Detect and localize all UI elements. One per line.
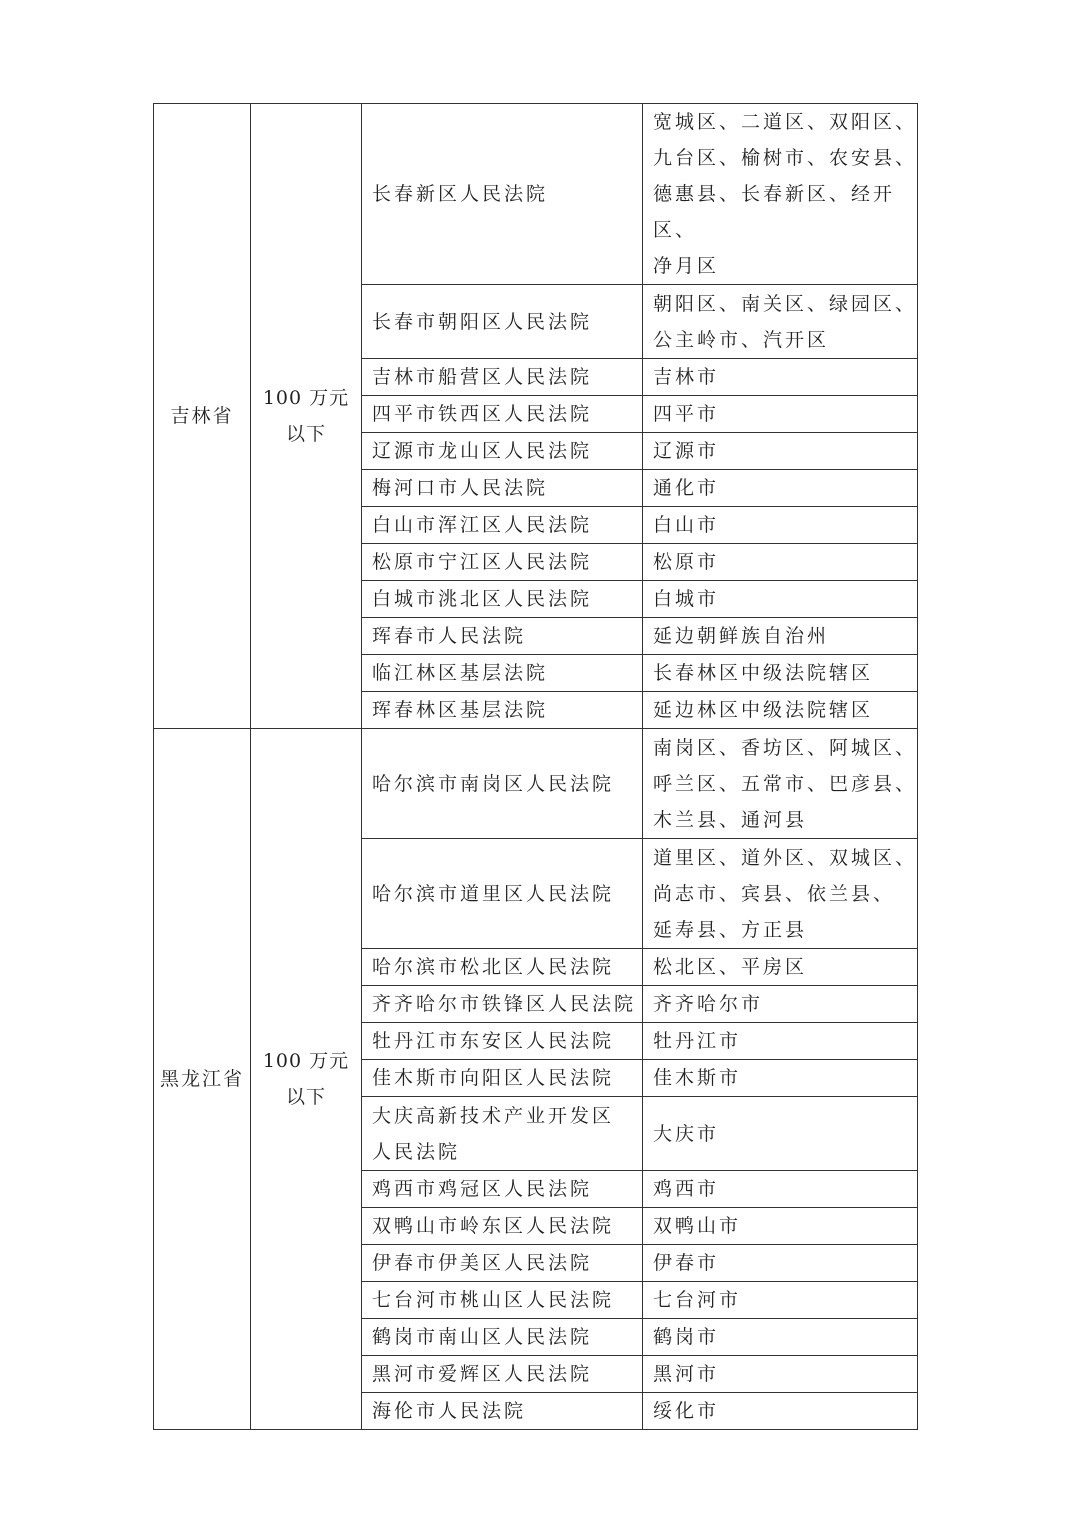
jurisdiction-area-cell: 辽源市 [643, 433, 918, 470]
court-name-cell: 齐齐哈尔市铁锋区人民法院 [362, 986, 643, 1023]
court-name-cell: 珲春市人民法院 [362, 618, 643, 655]
area-line: 净月区 [653, 248, 917, 284]
jurisdiction-area-cell: 牡丹江市 [643, 1023, 918, 1060]
jurisdiction-area-cell: 道里区、道外区、双城区、尚志市、宾县、依兰县、延寿县、方正县 [643, 839, 918, 949]
court-name-cell: 珲春林区基层法院 [362, 692, 643, 729]
court-name-cell: 梅河口市人民法院 [362, 470, 643, 507]
area-line: 朝阳区、南关区、绿园区、 [653, 286, 917, 322]
area-line: 延寿县、方正县 [653, 912, 917, 948]
area-line: 双鸭山市 [653, 1208, 917, 1244]
court-name-cell: 大庆高新技术产业开发区人民法院 [362, 1097, 643, 1171]
court-name-cell: 哈尔滨市南岗区人民法院 [362, 729, 643, 839]
area-line: 道里区、道外区、双城区、 [653, 840, 917, 876]
area-line: 呼兰区、五常市、巴彦县、 [653, 766, 917, 802]
court-name-cell: 伊春市伊美区人民法院 [362, 1245, 643, 1282]
jurisdiction-area-cell: 黑河市 [643, 1356, 918, 1393]
area-line: 九台区、榆树市、农安县、 [653, 140, 917, 176]
court-name-cell: 长春新区人民法院 [362, 104, 643, 285]
court-name-cell: 牡丹江市东安区人民法院 [362, 1023, 643, 1060]
jurisdiction-area-cell: 鹤岗市 [643, 1319, 918, 1356]
area-line: 鸡西市 [653, 1171, 917, 1207]
area-line: 南岗区、香坊区、阿城区、 [653, 730, 917, 766]
amount-line: 100 万元 [251, 380, 361, 416]
court-name-cell: 鹤岗市南山区人民法院 [362, 1319, 643, 1356]
table-row: 黑龙江省100 万元以下哈尔滨市南岗区人民法院南岗区、香坊区、阿城区、呼兰区、五… [154, 729, 918, 839]
jurisdiction-area-cell: 吉林市 [643, 359, 918, 396]
jurisdiction-area-cell: 延边朝鲜族自治州 [643, 618, 918, 655]
area-line: 黑河市 [653, 1356, 917, 1392]
area-line: 七台河市 [653, 1282, 917, 1318]
court-name-cell: 白山市浑江区人民法院 [362, 507, 643, 544]
court-name-cell: 哈尔滨市道里区人民法院 [362, 839, 643, 949]
area-line: 鹤岗市 [653, 1319, 917, 1355]
jurisdiction-area-cell: 绥化市 [643, 1393, 918, 1430]
area-line: 宽城区、二道区、双阳区、 [653, 104, 917, 140]
province-cell: 黑龙江省 [154, 729, 251, 1430]
area-line: 大庆市 [653, 1116, 917, 1152]
court-name-cell: 白城市洮北区人民法院 [362, 581, 643, 618]
jurisdiction-area-cell: 七台河市 [643, 1282, 918, 1319]
amount-threshold-cell: 100 万元以下 [251, 729, 362, 1430]
area-line: 延边林区中级法院辖区 [653, 692, 917, 728]
court-name-cell: 长春市朝阳区人民法院 [362, 285, 643, 359]
area-line: 木兰县、通河县 [653, 802, 917, 838]
jurisdiction-area-cell: 四平市 [643, 396, 918, 433]
court-name-cell: 吉林市船营区人民法院 [362, 359, 643, 396]
court-name-cell: 黑河市爱辉区人民法院 [362, 1356, 643, 1393]
jurisdiction-area-cell: 伊春市 [643, 1245, 918, 1282]
jurisdiction-area-cell: 齐齐哈尔市 [643, 986, 918, 1023]
court-name-cell: 七台河市桃山区人民法院 [362, 1282, 643, 1319]
jurisdiction-area-cell: 鸡西市 [643, 1171, 918, 1208]
court-jurisdiction-table: 吉林省100 万元以下长春新区人民法院宽城区、二道区、双阳区、九台区、榆树市、农… [153, 103, 918, 1430]
area-line: 白山市 [653, 507, 917, 543]
court-name-cell: 临江林区基层法院 [362, 655, 643, 692]
court-name-cell: 双鸭山市岭东区人民法院 [362, 1208, 643, 1245]
amount-line: 以下 [251, 1079, 361, 1115]
province-cell: 吉林省 [154, 104, 251, 729]
area-line: 四平市 [653, 396, 917, 432]
table-body: 吉林省100 万元以下长春新区人民法院宽城区、二道区、双阳区、九台区、榆树市、农… [154, 104, 918, 1430]
court-name-line: 人民法院 [372, 1134, 642, 1170]
jurisdiction-area-cell: 白山市 [643, 507, 918, 544]
table-row: 吉林省100 万元以下长春新区人民法院宽城区、二道区、双阳区、九台区、榆树市、农… [154, 104, 918, 285]
area-line: 佳木斯市 [653, 1060, 917, 1096]
area-line: 牡丹江市 [653, 1023, 917, 1059]
court-name-cell: 鸡西市鸡冠区人民法院 [362, 1171, 643, 1208]
jurisdiction-area-cell: 宽城区、二道区、双阳区、九台区、榆树市、农安县、德惠县、长春新区、经开区、净月区 [643, 104, 918, 285]
area-line: 松原市 [653, 544, 917, 580]
area-line: 延边朝鲜族自治州 [653, 618, 917, 654]
amount-line: 以下 [251, 416, 361, 452]
area-line: 通化市 [653, 470, 917, 506]
area-line: 伊春市 [653, 1245, 917, 1281]
court-name-cell: 辽源市龙山区人民法院 [362, 433, 643, 470]
jurisdiction-area-cell: 大庆市 [643, 1097, 918, 1171]
jurisdiction-area-cell: 松原市 [643, 544, 918, 581]
amount-line: 100 万元 [251, 1043, 361, 1079]
area-line: 松北区、平房区 [653, 949, 917, 985]
jurisdiction-area-cell: 长春林区中级法院辖区 [643, 655, 918, 692]
jurisdiction-area-cell: 延边林区中级法院辖区 [643, 692, 918, 729]
court-name-cell: 佳木斯市向阳区人民法院 [362, 1060, 643, 1097]
court-name-line: 大庆高新技术产业开发区 [372, 1098, 642, 1134]
court-name-cell: 松原市宁江区人民法院 [362, 544, 643, 581]
jurisdiction-area-cell: 双鸭山市 [643, 1208, 918, 1245]
amount-threshold-cell: 100 万元以下 [251, 104, 362, 729]
area-line: 尚志市、宾县、依兰县、 [653, 876, 917, 912]
court-name-cell: 海伦市人民法院 [362, 1393, 643, 1430]
area-line: 吉林市 [653, 359, 917, 395]
jurisdiction-area-cell: 白城市 [643, 581, 918, 618]
area-line: 德惠县、长春新区、经开区、 [653, 176, 917, 248]
jurisdiction-area-cell: 朝阳区、南关区、绿园区、公主岭市、汽开区 [643, 285, 918, 359]
area-line: 齐齐哈尔市 [653, 986, 917, 1022]
jurisdiction-area-cell: 佳木斯市 [643, 1060, 918, 1097]
jurisdiction-area-cell: 通化市 [643, 470, 918, 507]
area-line: 公主岭市、汽开区 [653, 322, 917, 358]
court-name-cell: 哈尔滨市松北区人民法院 [362, 949, 643, 986]
jurisdiction-area-cell: 南岗区、香坊区、阿城区、呼兰区、五常市、巴彦县、木兰县、通河县 [643, 729, 918, 839]
area-line: 长春林区中级法院辖区 [653, 655, 917, 691]
area-line: 绥化市 [653, 1393, 917, 1429]
area-line: 白城市 [653, 581, 917, 617]
jurisdiction-area-cell: 松北区、平房区 [643, 949, 918, 986]
court-name-cell: 四平市铁西区人民法院 [362, 396, 643, 433]
area-line: 辽源市 [653, 433, 917, 469]
